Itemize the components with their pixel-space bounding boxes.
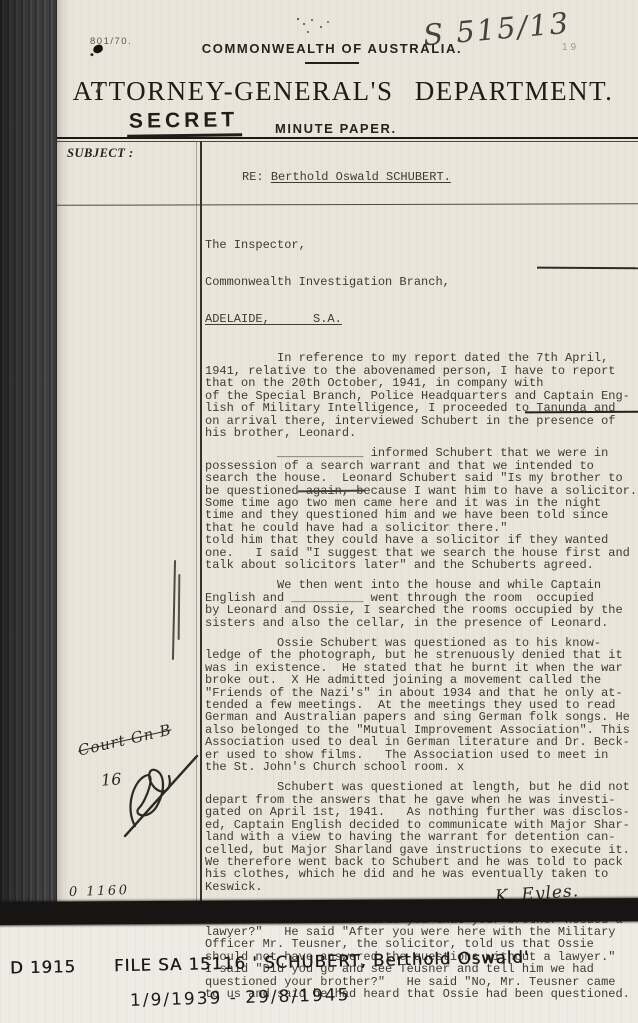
body-paragraph: Ossie Schubert was questioned as to his … [205,637,638,773]
series-number: D 1915 [10,957,76,977]
date-range: 1/9/1939 - 29/8/1945 [130,985,351,1011]
address-line: Commonwealth Investigation Branch, [205,276,638,288]
initials-scribble [105,746,209,838]
body-paragraph: ____________ informed Schubert that we w… [205,447,638,571]
body-paragraph: Schubert was questioned at length, but h… [205,781,638,893]
secret-stamp: SECRET [127,108,243,138]
page-edge-bar [0,898,638,925]
margin-pencil-stroke [178,574,180,640]
re-prefix: RE: [242,170,271,184]
minute-paper-title: MINUTE PAPER. [275,121,397,136]
paper-specks [297,18,299,20]
margin-file-note: 0 1160 [69,883,130,900]
header-rule-thick [57,137,638,139]
body-paragraph: In reference to my report dated the 7th … [205,352,638,439]
scanner-background-strip [0,0,58,912]
address-line: The Inspector, [205,239,638,251]
body-paragraph: We then went into the house and while Ca… [205,579,638,629]
address-line: ADELAIDE, S.A. [205,313,638,325]
handwritten-file-number: S 515/13 [422,6,572,53]
subject-line: RE: Berthold Oswald SCHUBERT. [242,170,451,184]
address-block: The Inspector, Commonwealth Investigatio… [205,214,638,350]
department-heading: ATTORNEY-GENERAL'S DEPARTMENT. [57,76,629,107]
minute-paper-page: 801/70. COMMONWEALTH OF AUSTRALIA. S 515… [57,0,638,908]
faint-printed-year: 19 [562,42,579,53]
subject-label: SUBJECT : [67,146,134,161]
header-rule-thin [57,141,638,142]
heading-rule [305,62,359,64]
margin-pencil-stroke [172,560,176,660]
scanned-document: 801/70. COMMONWEALTH OF AUSTRALIA. S 515… [0,0,638,1023]
subject-row-rule [57,203,638,206]
subject-name: Berthold Oswald SCHUBERT. [271,170,451,184]
